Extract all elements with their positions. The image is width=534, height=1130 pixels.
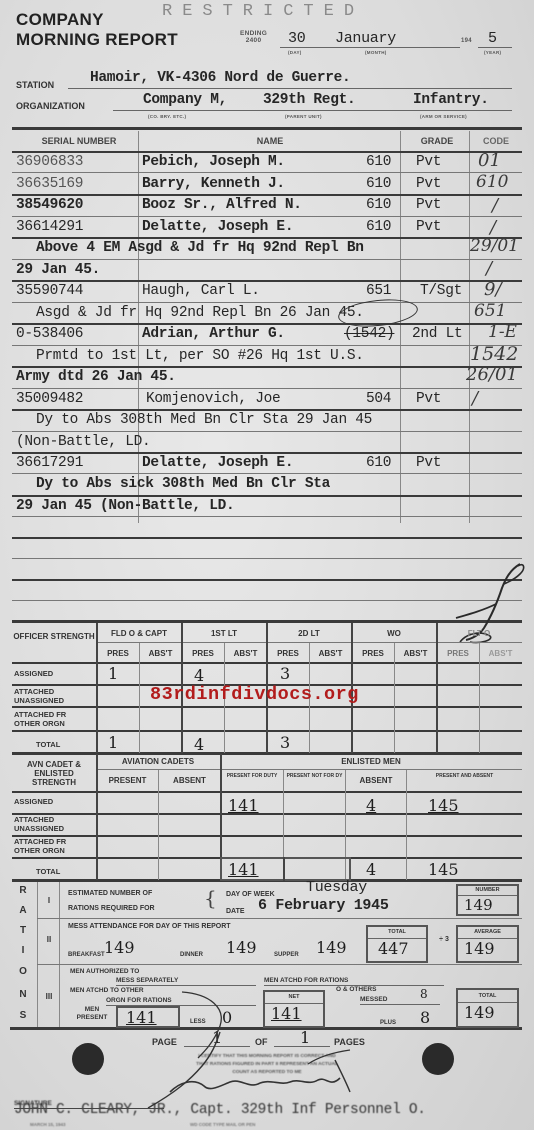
serial-number: 38549620 (16, 197, 83, 213)
code-mark: 9/ (484, 279, 502, 300)
soldier-name: Booz Sr., Alfred N. (142, 197, 302, 213)
es-col-absent-em: ABSENT (346, 776, 406, 785)
mess-average-value: 149 (458, 939, 517, 958)
dinner-label: DINNER (180, 951, 203, 960)
month-caption: (MONTH) (365, 50, 387, 55)
col-name: NAME (140, 136, 400, 146)
os-row-assigned: ASSIGNED (14, 669, 53, 678)
es-header-rule (12, 791, 522, 793)
col-serial-number: SERIAL NUMBER (24, 136, 134, 146)
os-divider (394, 643, 395, 753)
roster-rule (12, 388, 522, 389)
morning-report-page: COMPANY MORNING REPORT RESTRICTED ENDING… (0, 0, 534, 1130)
remark-text: Prmtd to 1st Lt, per SO #26 Hq 1st U.S. (36, 348, 364, 364)
es-row-assigned: ASSIGNED (14, 797, 53, 806)
auth-mess-label-2: MESS SEPARATELY (116, 976, 256, 986)
es-divider (96, 754, 98, 880)
os-group-fld-capt: FLD O & CAPT (97, 629, 181, 638)
caption-arm: (ARM OR SERVICE) (420, 114, 467, 119)
es-value-total-pfd: 141 (228, 860, 259, 879)
es-divider (158, 770, 159, 880)
code-mark: 651 (474, 301, 506, 321)
men-present-value: 141 (118, 1008, 178, 1027)
year-prefix: 194 (461, 38, 472, 44)
roster-rule (12, 516, 522, 517)
os-sub-pres: PRES (182, 649, 224, 658)
plus-value: 8 (420, 1008, 430, 1027)
roster-rule (12, 216, 522, 217)
day-caption: (DAY) (288, 50, 302, 55)
grade: 2nd Lt (412, 326, 462, 342)
code-mark: 26/01 (466, 364, 518, 385)
code-mark: / (472, 388, 478, 409)
others-messed-value: 8 (420, 987, 428, 1001)
mos-code: 504 (366, 391, 391, 407)
rations-total-label: TOTAL (458, 990, 517, 1003)
rations-rule (37, 964, 522, 965)
os-sub-pres: PRES (97, 649, 139, 658)
mos-code: 610 (366, 176, 391, 192)
code-mark: 1542 (470, 343, 518, 365)
os-sub-abst: ABS'T (480, 649, 521, 658)
col-code: CODE (474, 136, 518, 146)
code-mark: 1-E (488, 322, 517, 342)
signer-strike (14, 1108, 164, 1109)
ration-estimate-label-1: ESTIMATED NUMBER OF (68, 889, 152, 898)
es-col-present-not-for-duty: PRESENT NOT FOR DY (284, 773, 345, 780)
roster-rule (12, 151, 522, 153)
serial-number: 36617291 (16, 455, 83, 471)
binder-hole-right (422, 1043, 454, 1075)
report-month: January (335, 30, 396, 47)
date-line: 30 January (280, 30, 460, 48)
aviation-cadets-header: AVIATION CADETS (97, 757, 219, 766)
mess-attendance-label: MESS ATTENDANCE FOR DAY OF THIS REPORT (68, 922, 231, 931)
mos-code: 610 (366, 219, 391, 235)
es-col-present-for-duty: PRESENT FOR DUTY (221, 773, 283, 780)
organization-company: Company M, (143, 92, 227, 108)
os-row-attached-other: ATTACHED FR OTHER ORGN (14, 710, 84, 728)
rations-rule (37, 918, 522, 919)
es-row-rule (12, 835, 522, 837)
os-divider (96, 623, 98, 753)
supper-label: SUPPER (274, 951, 299, 960)
code-mark: 01 (478, 150, 501, 171)
grade: Pvt (416, 154, 441, 170)
soldier-name: Barry, Kenneth J. (142, 176, 285, 192)
caption-company: (CO. BRY. ETC.) (148, 114, 186, 119)
es-box-divider (283, 857, 285, 881)
report-year: 5 (488, 30, 497, 47)
others-messed-label-2: MESSED (360, 995, 440, 1005)
mos-code: (1542) (344, 326, 394, 342)
rations-divider (37, 882, 38, 1028)
os-group-flt-o: FLT O (437, 629, 521, 638)
signature-scribble-icon (140, 1030, 380, 1112)
soldier-name: Haugh, Carl L. (142, 283, 260, 299)
roster-rule (12, 452, 522, 454)
roster-rule (12, 323, 522, 325)
code-mark: 29/01 (470, 236, 519, 256)
serial-number: 36635169 (16, 176, 83, 192)
grade: T/Sgt (420, 283, 462, 299)
section-i-numeral: I (42, 896, 56, 905)
os-sub-abst: ABS'T (225, 649, 266, 658)
soldier-name: Adrian, Arthur G. (142, 326, 285, 342)
section-iii-numeral: III (42, 992, 56, 1001)
roster-rule (12, 409, 522, 411)
net-label: NET (265, 992, 323, 1004)
serial-number: 35590744 (16, 283, 83, 299)
remark-text: Army dtd 26 Jan 45. (16, 369, 176, 385)
os-group-2d-lt: 2D LT (267, 629, 351, 638)
roster-rule (12, 280, 522, 282)
report-day: 30 (288, 30, 305, 47)
ration-number-value: 149 (458, 896, 517, 914)
es-row-total: TOTAL (36, 867, 60, 876)
rations-letter: N (16, 989, 30, 1000)
es-subheader-rule (96, 769, 522, 770)
grade: Pvt (416, 176, 441, 192)
soldier-name: Pebich, Joseph M. (142, 154, 285, 170)
es-value-assigned-absent: 4 (366, 796, 376, 815)
officer-strength-title: OFFICER STRENGTH (12, 632, 96, 642)
breakfast-value: 149 (104, 938, 135, 957)
os-value: 1 (108, 733, 118, 752)
roster-rule (12, 366, 522, 368)
grade: Pvt (416, 455, 441, 471)
plus-label: PLUS (380, 1019, 396, 1028)
roster-rule (12, 431, 522, 432)
ending-label-top: ENDING (240, 30, 267, 37)
os-sub-pres: PRES (437, 649, 479, 658)
serial-number: 35009482 (16, 391, 83, 407)
grade: Pvt (416, 219, 441, 235)
breakfast-label: BREAKFAST (68, 951, 105, 960)
es-col-absent: ABSENT (159, 776, 220, 785)
roster-top-rule (12, 127, 522, 130)
ending-label: ENDING 2400 (240, 30, 267, 44)
net-box: NET 141 (263, 990, 325, 1028)
remark-text: Asgd & Jd fr Hq 92nd Repl Bn 26 Jan 45. (36, 305, 364, 321)
binder-hole-left (72, 1043, 104, 1075)
men-present-box: 141 (116, 1006, 180, 1028)
mess-total-value: 447 (368, 939, 426, 958)
code-mark: / (490, 217, 496, 238)
roster-rule (12, 537, 522, 539)
rations-letter: R (16, 885, 30, 896)
day-of-week-value: Tuesday (306, 879, 367, 896)
roster-rule (12, 237, 522, 239)
enlisted-strength-title: AVN CADET & ENLISTED STRENGTH (12, 760, 96, 787)
ration-estimate-label-2: RATIONS REQUIRED FOR (68, 904, 155, 913)
roster-rule (12, 345, 522, 346)
roster-rule (12, 473, 522, 474)
rations-letter: A (16, 905, 30, 916)
es-divider (406, 770, 407, 880)
code-mark: / (492, 195, 498, 216)
os-row-attached-unassigned: ATTACHED UNASSIGNED (14, 687, 84, 705)
os-sub-pres: PRES (267, 649, 309, 658)
mos-code: 610 (366, 197, 391, 213)
mess-average-label: AVERAGE (458, 927, 517, 939)
mess-average-box: AVERAGE 149 (456, 925, 519, 963)
organization-label: ORGANIZATION (16, 101, 85, 111)
roster-rule (12, 259, 522, 260)
mos-code: 651 (366, 283, 391, 299)
col-grade: GRADE (402, 136, 472, 146)
os-sub-abst: ABS'T (310, 649, 351, 658)
rations-letter: I (16, 945, 30, 956)
atchd-other-label-1: MEN ATCHD TO OTHER (70, 986, 144, 995)
ending-label-bottom: 2400 (240, 37, 267, 44)
serial-number: 36614291 (16, 219, 83, 235)
es-row-attached-unassigned: ATTACHED UNASSIGNED (14, 815, 84, 833)
ration-number-box: NUMBER 149 (456, 884, 519, 916)
section-ii-numeral: II (42, 935, 56, 944)
es-value-assigned-pfd: 141 (228, 796, 259, 815)
roster-divider-3 (469, 131, 470, 523)
os-value: 3 (280, 664, 290, 683)
classification-stamp: RESTRICTED (162, 2, 364, 21)
os-sub-abst: ABS'T (395, 649, 436, 658)
es-value-total-absent: 4 (366, 860, 376, 879)
roster-rule (12, 172, 522, 173)
divide-by-three: ÷ 3 (438, 935, 450, 944)
roster-rule (12, 600, 522, 601)
organization-line: Company M, 329th Regt. Infantry. (113, 91, 512, 111)
men-present-label: MEN PRESENT (70, 1006, 114, 1022)
es-value-assigned-total: 145 (428, 796, 459, 815)
rations-letter: O (16, 966, 30, 977)
rations-total-box: TOTAL 149 (456, 988, 519, 1028)
os-group-1st-lt: 1ST LT (182, 629, 266, 638)
os-value: 1 (108, 664, 118, 683)
remark-text: 29 Jan 45 (Non-Battle, LD. (16, 498, 234, 514)
os-row-total: TOTAL (36, 740, 60, 749)
code-mark: / (486, 258, 492, 279)
soldier-name: Delatte, Joseph E. (142, 455, 293, 471)
grade: Pvt (416, 197, 441, 213)
others-messed-label-1: O & OTHERS (336, 985, 376, 994)
os-value: 4 (194, 735, 204, 754)
brace-icon: { (204, 886, 217, 910)
rations-total-value: 149 (458, 1003, 517, 1022)
enlisted-men-header: ENLISTED MEN (220, 757, 522, 766)
remark-text: Above 4 EM Asgd & Jd fr Hq 92nd Repl Bn (36, 240, 364, 256)
os-value: 3 (280, 733, 290, 752)
supper-value: 149 (316, 938, 347, 957)
year-line: 5 (478, 30, 512, 48)
rations-divider (59, 882, 60, 1028)
roster-rule (12, 558, 522, 559)
serial-number: 0-538406 (16, 326, 83, 342)
rations-letter: S (16, 1010, 30, 1021)
organization-arm: Infantry. (413, 92, 489, 108)
os-divider (479, 643, 480, 753)
year-caption: (YEAR) (484, 50, 501, 55)
watermark-link[interactable]: 83rdinfdivdocs.org (150, 684, 359, 705)
remark-text: Dy to Abs sick 308th Med Bn Clr Sta (36, 476, 330, 492)
es-col-present: PRESENT (97, 776, 158, 785)
station-value: Hamoir, VK-4306 Nord de Guerre. (90, 70, 350, 86)
mos-code: 610 (366, 455, 391, 471)
organization-parent-unit: 329th Regt. (263, 92, 355, 108)
roster-divider-2 (400, 131, 401, 523)
os-divider (139, 643, 140, 753)
ration-number-label: NUMBER (458, 886, 517, 896)
os-sub-abst: ABS'T (140, 649, 181, 658)
rations-letter: T (16, 925, 30, 936)
os-group-wo: WO (352, 629, 436, 638)
serial-number: 36906833 (16, 154, 83, 170)
code-mark: 610 (476, 172, 508, 192)
net-value: 141 (265, 1004, 323, 1023)
dinner-value: 149 (226, 938, 257, 957)
roster-divider-1 (138, 131, 139, 523)
form-title-line2: MORNING REPORT (16, 30, 178, 49)
station-line: Hamoir, VK-4306 Nord de Guerre. (68, 68, 512, 89)
form-date: MARCH 15, 1943 (30, 1120, 66, 1129)
es-value-total-all: 145 (428, 860, 459, 879)
remark-text: 29 Jan 45. (16, 262, 100, 278)
auth-mess-label-1: MEN AUTHORIZED TO (70, 967, 139, 976)
roster-rule (12, 194, 522, 196)
roster-rule (12, 579, 522, 581)
ration-date-value: 6 February 1945 (258, 897, 389, 914)
grade: Pvt (416, 391, 441, 407)
roster-rule (12, 302, 522, 303)
mos-code: 610 (366, 154, 391, 170)
es-col-present-and-absent: PRESENT AND ABSENT (407, 773, 522, 780)
caption-parent: (PARENT UNIT) (285, 114, 322, 119)
os-value: 4 (194, 666, 204, 685)
remark-text: Dy to Abs 308th Med Bn Clr Sta 29 Jan 45 (36, 412, 372, 428)
signer-name: JOHN C. CLEARY, JR., Capt. 329th Inf Per… (14, 1102, 426, 1118)
soldier-name: Komjenovich, Joe (146, 391, 280, 407)
soldier-name: Delatte, Joseph E. (142, 219, 293, 235)
station-label: STATION (16, 80, 54, 90)
mess-total-box: TOTAL 447 (366, 925, 428, 963)
os-sub-pres: PRES (352, 649, 394, 658)
circle-stroke-icon (180, 990, 240, 1060)
ration-date-label: DATE (226, 907, 245, 916)
es-row-attached-other: ATTACHED FR OTHER ORGN (14, 837, 84, 855)
roster-rule (12, 495, 522, 497)
remark-text: (Non-Battle, LD. (16, 434, 150, 450)
form-note: WD CODE TYPE MAIL OR PEN (190, 1120, 255, 1129)
os-divider (436, 623, 438, 753)
mess-total-label: TOTAL (368, 927, 426, 939)
form-title-line1: COMPANY (16, 10, 104, 29)
